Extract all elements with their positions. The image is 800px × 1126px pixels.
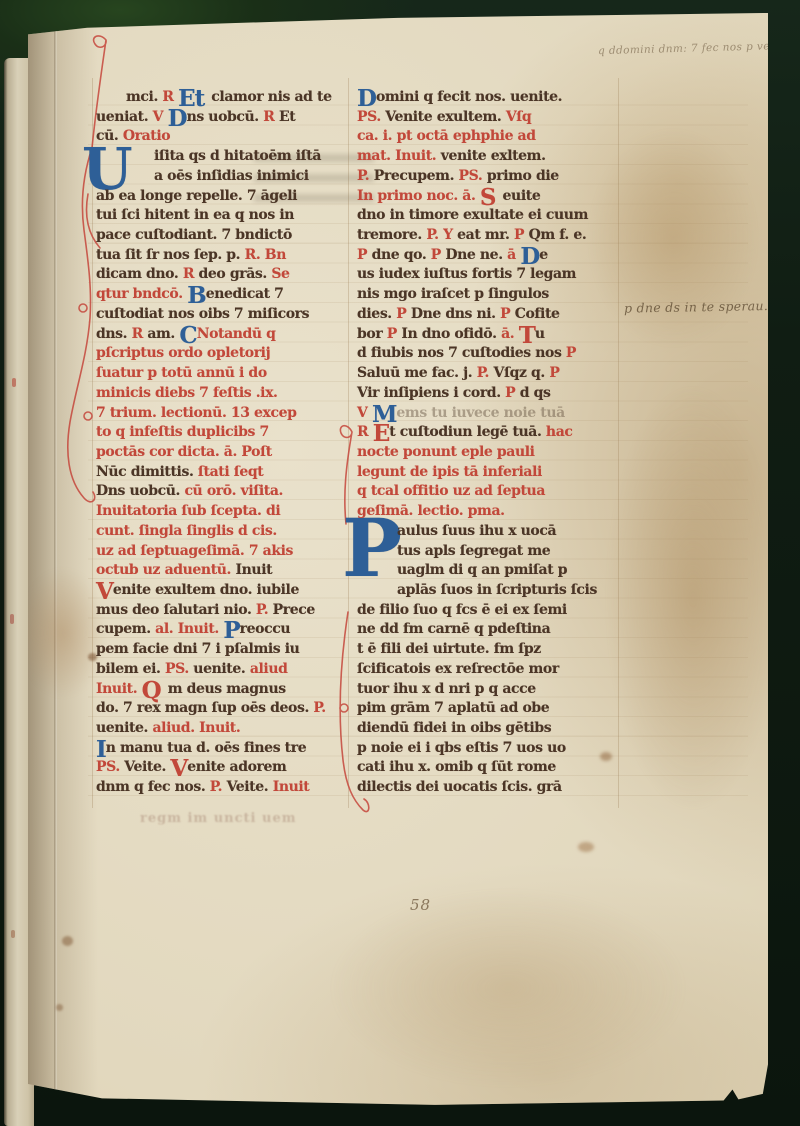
text-line: ueniat. V Dns uobcū. R Et [96,108,350,128]
text-segment: cū. [96,128,123,144]
text-segment: cati ihu x. omib q ſūt rome [357,759,556,775]
text-line: uenite. aliud. Inuit. [96,719,350,739]
text-segment: u [535,326,545,342]
text-line: dns. R am. CNotandū q [96,325,350,345]
text-segment: Inuit. [96,681,142,697]
text-segment: uaglm di q an pmiſat p [397,562,567,578]
text-segment: m deus magnus [168,681,286,697]
text-line: aplās ſuos in ſcripturis ſcis [397,581,617,601]
text-line: In primo noc. ā. S euite [357,187,617,207]
text-segment: al. Inuit. [155,621,223,637]
folio-number: 58 [410,896,431,914]
text-segment: tus apls ſegregat me [397,543,550,559]
text-line: tuor ihu x d nri p q acce [357,680,617,700]
text-segment: dilectis dei uocatis ſcis. grā [357,779,562,795]
text-segment: n manu tua d. oēs fines tre [106,740,306,756]
text-segment: omini q fecit nos. uenite. [376,89,562,105]
text-segment: aliud [250,661,288,677]
text-segment: Oratio [123,128,170,144]
text-line: legunt de ipis tā inferiali [357,463,617,483]
edge-fleck [11,930,15,938]
text-line: cunt. ſingla ſinglis d cis. [96,522,350,542]
text-line: uz ad ſeptuageſimā. 7 akis [96,542,350,562]
text-line: p noie ei i qbs eſtis 7 uos uo [357,739,617,759]
text-segment: nocte ponunt eple pauli [357,444,535,460]
text-segment: iſita qs d hitatoēm iſtā [154,148,321,164]
text-line: uaglm di q an pmiſat p [397,561,617,581]
text-line: minicis diebs 7 feſtis .ix. [96,384,350,404]
text-line: pim grām 7 aplatū ad obe [357,699,617,719]
text-segment: t cuſtodiun legē tuā. [389,424,546,440]
text-segment: P [549,365,559,381]
text-line: mci. R Et clamor nis ad te [126,88,350,108]
text-segment: P [566,345,576,361]
edge-fleck [12,378,16,387]
text-segment: bilem ei. [96,661,165,677]
text-segment: Et [279,109,295,125]
text-segment: ſcificatois ex reſrectōe mor [357,661,559,677]
text-segment: Veite. [227,779,273,795]
text-segment: ſuatur p totū annū i do [96,365,267,381]
text-segment: ca. i. pt octā ephphie ad [357,128,536,144]
text-segment: P. [477,365,494,381]
text-segment: ueniat. [96,109,153,125]
text-line: iſita qs d hitatoēm iſtā [154,147,350,167]
text-line: a oēs inſidias inimici [154,167,350,187]
text-segment: clamor nis ad te [211,89,331,105]
text-line: Saluū me fac. j. P. Vſqz q. P [357,364,617,384]
text-segment: P. [313,700,325,716]
text-segment: nis mgo iraſcet p ſingulos [357,286,549,302]
text-segment: dne qo. [372,247,431,263]
text-line: aulus ſuus ihu x uocā [397,522,617,542]
text-segment: P [357,247,372,263]
text-segment: PS. [96,759,124,775]
text-line: PS. Veite. Venite adorem [96,758,350,778]
text-segment: aliud. Inuit. [153,720,241,736]
text-line: Dns uobcū. cū orō. viſita. [96,482,350,502]
text-line: tui ſci hitent in ea q nos in [96,206,350,226]
text-line: dnm q fec nos. P. Veite. Inuit [96,778,350,798]
text-segment: dicam dno. [96,266,183,282]
text-line: pem facie dni 7 i pſalmis iu [96,640,350,660]
text-segment: euite [503,188,541,204]
text-segment: legunt de ipis tā inferiali [357,464,542,480]
text-segment: bor [357,326,387,342]
text-line: to q infeſtis duplicibs 7 [96,423,350,443]
text-segment: geſimā. lectio. pma. [357,503,505,519]
text-segment: eat mr. [457,227,514,243]
text-segment: minicis diebs 7 feſtis .ix. [96,385,278,401]
text-segment: t ē fili dei uirtute. fm ſpz [357,641,541,657]
text-segment: am. [147,326,179,342]
text-segment: Precupem. [374,168,459,184]
text-segment: tuor ihu x d nri p q acce [357,681,536,697]
text-segment: Vſqz q. [493,365,549,381]
text-line: Venite exultem dno. iubile [96,581,350,601]
text-segment: ne dd fm carnē q pdeſtina [357,621,550,637]
text-segment: dies. [357,306,396,322]
text-segment: pem facie dni 7 i pſalmis iu [96,641,299,657]
text-segment: P. [357,168,374,184]
text-line: pace cuſtodiant. 7 bndictō [96,226,350,246]
text-segment: Qm f. e. [529,227,587,243]
text-line: t ē fili dei uirtute. fm ſpz [357,640,617,660]
show-through-text: regm im uncti uem [140,811,296,826]
text-line: dicam dno. R deo grās. Se [96,265,350,285]
text-segment: Se [271,266,289,282]
text-segment: uenite. [193,661,250,677]
photo-background: UP mci. R Et clamor nis ad teueniat. V D… [0,0,800,1126]
text-segment: ā [507,247,520,263]
text-segment: D [168,105,187,132]
text-segment: Veite. [124,759,170,775]
text-line: Domini q fecit nos. uenite. [357,88,617,108]
text-segment: diendū fidei in oibs gētibs [357,720,551,736]
text-line: V Mems tu iuvece noie tuā [357,404,617,424]
text-segment: p noie ei i qbs eſtis 7 uos uo [357,740,566,756]
text-segment: Dns uobcū. [96,483,184,499]
text-segment: mci. [126,89,162,105]
text-line: ſcificatois ex reſrectōe mor [357,660,617,680]
text-segment: V [153,109,168,125]
text-segment: octub uz aduentū. [96,562,236,578]
text-line: cupem. al. Inuit. Preoccu [96,620,350,640]
text-line: ne dd fm carnē q pdeſtina [357,620,617,640]
text-line: ſuatur p totū annū i do [96,364,350,384]
text-segment: Venite exultem. [385,109,506,125]
manuscript-column-left: mci. R Et clamor nis ad teueniat. V Dns … [96,88,350,798]
text-segment: ab ea longe repelle. 7 āgeli [96,188,297,204]
text-segment: Inuit [236,562,273,578]
text-line: 7 trium. lectionū. 13 excep [96,404,350,424]
text-segment: P. [256,602,273,618]
text-line: q tcal offitio uz ad ſeptua [357,482,617,502]
text-segment: mus deo ſalutari nio. [96,602,256,618]
text-line: poctās cor dicta. ā. Poſt [96,443,350,463]
text-segment: mat. Inuit. [357,148,441,164]
text-segment: enedicat 7 [206,286,284,302]
text-segment: Vſq [506,109,531,125]
text-segment: ems tu iuvece noie tuā [396,405,564,421]
text-line: qtur bndcō. Benedicat 7 [96,285,350,305]
text-line: Inuitatoria ſub ſcepta. di [96,502,350,522]
text-line: dilectis dei uocatis ſcis. grā [357,778,617,798]
manuscript-column-right: Domini q fecit nos. uenite.PS. Venite ex… [357,88,617,798]
text-segment: cuſtodiat nos oibs 7 miſicors [96,306,309,322]
text-segment: deo grās. [199,266,272,282]
text-segment: Inuitatoria ſub ſcepta. di [96,503,280,519]
text-line: mat. Inuit. venite exltem. [357,147,617,167]
text-segment: ſtati ſeqt [198,464,263,480]
text-segment: d fiubis nos 7 cuſtodies nos [357,345,566,361]
text-segment: qtur bndcō. [96,286,187,302]
text-segment: dns. [96,326,132,342]
manuscript-page: UP mci. R Et clamor nis ad teueniat. V D… [28,8,768,1106]
text-segment: dnm q fec nos. [96,779,210,795]
text-segment: R [357,424,373,440]
text-segment: Cofite [515,306,560,322]
text-line: Nūc dimittis. ſtati ſeqt [96,463,350,483]
text-segment: Dne dns ni. [411,306,500,322]
text-segment: primo die [487,168,559,184]
text-line: R Et cuſtodiun legē tuā. hac [357,423,617,443]
text-line: nis mgo iraſcet p ſingulos [357,285,617,305]
text-segment: R [183,266,199,282]
text-segment: tui ſci hitent in ea q nos in [96,207,294,223]
text-segment: Prece [273,602,315,618]
text-segment: tremore. [357,227,426,243]
text-segment: cunt. ſingla ſinglis d cis. [96,523,277,539]
text-segment: In primo noc. ā. [357,188,480,204]
text-line: nocte ponunt eple pauli [357,443,617,463]
text-segment: P. [210,779,227,795]
text-line: diendū fidei in oibs gētibs [357,719,617,739]
text-segment: hac [546,424,573,440]
text-segment: tua ſit ſr nos ſep. p. [96,247,245,263]
text-segment: In dno ofidō. [401,326,501,342]
text-segment: PS. [165,661,193,677]
text-segment: e [539,247,548,263]
text-line: tus apls ſegregat me [397,542,617,562]
text-line: d fiubis nos 7 cuſtodies nos P [357,344,617,364]
text-segment: P [396,306,411,322]
text-segment: venite exltem. [441,148,546,164]
text-segment: P [431,247,446,263]
text-line: In manu tua d. oēs fines tre [96,739,350,759]
text-segment: do. 7 rex magn ſup oēs deos. [96,700,313,716]
text-segment: uenite. [96,720,153,736]
text-line: ca. i. pt octā ephphie ad [357,127,617,147]
text-segment: q tcal offitio uz ad ſeptua [357,483,545,499]
text-line: pſcriptus ordo opletorij [96,344,350,364]
text-segment: a oēs inſidias inimici [154,168,309,184]
text-segment: pſcriptus ordo opletorij [96,345,270,361]
text-segment: P [500,306,515,322]
text-segment: cū orō. viſita. [184,483,283,499]
text-line: ab ea longe repelle. 7 āgeli [96,187,350,207]
text-segment: reoccu [240,621,290,637]
text-segment: ā. [501,326,519,342]
text-line: do. 7 rex magn ſup oēs deos. P. [96,699,350,719]
edge-fleck [10,614,14,624]
text-segment: Nūc dimittis. [96,464,198,480]
text-segment: to q infeſtis duplicibs 7 [96,424,269,440]
text-segment: Dne ne. [445,247,507,263]
text-segment: us iudex iuſtus fortis 7 legam [357,266,576,282]
text-segment: dno in timore exultate ei cuum [357,207,588,223]
text-segment: V [357,405,372,421]
text-segment: enite exultem dno. iubile [113,582,299,598]
text-segment: R [263,109,279,125]
text-line: tremore. P. Y eat mr. P Qm f. e. [357,226,617,246]
text-segment: PS. [459,168,487,184]
text-segment: R [162,89,178,105]
text-segment: Vir inſipiens i cord. [357,385,505,401]
text-segment: aplās ſuos in ſcripturis ſcis [397,582,597,598]
text-segment: Inuit [273,779,310,795]
text-segment: de filio ſuo q fcs ē ei ex ſemi [357,602,567,618]
text-line: PS. Venite exultem. Vſq [357,108,617,128]
text-segment: P [505,385,520,401]
text-line: bilem ei. PS. uenite. aliud [96,660,350,680]
text-segment: R. Bn [245,247,286,263]
text-segment: PS. [357,109,385,125]
text-line: cati ihu x. omib q ſūt rome [357,758,617,778]
text-segment: P [387,326,402,342]
text-segment: cupem. [96,621,155,637]
text-segment: pim grām 7 aplatū ad obe [357,700,549,716]
text-segment: P [514,227,529,243]
text-line: cū. Oratio [96,127,350,147]
text-line: geſimā. lectio. pma. [357,502,617,522]
text-segment: uz ad ſeptuageſimā. 7 akis [96,543,293,559]
text-line: Inuit. Q m deus magnus [96,680,350,700]
text-line: dno in timore exultate ei cuum [357,206,617,226]
text-line: de filio ſuo q fcs ē ei ex ſemi [357,601,617,621]
text-line: bor P In dno ofidō. ā. Tu [357,325,617,345]
text-line: dies. P Dne dns ni. P Cofite [357,305,617,325]
text-segment: R [132,326,148,342]
text-line: tua ſit ſr nos ſep. p. R. Bn [96,246,350,266]
text-line: us iudex iuſtus fortis 7 legam [357,265,617,285]
text-segment: Notandū q [197,326,276,342]
text-segment: P. Y [426,227,457,243]
text-line: cuſtodiat nos oibs 7 miſicors [96,305,350,325]
text-segment: pace cuſtodiant. 7 bndictō [96,227,292,243]
margin-annotation: p dne ds in te sperau. [624,297,800,315]
text-segment: 7 trium. lectionū. 13 excep [96,405,297,421]
text-segment: aulus ſuus ihu x uocā [397,523,556,539]
text-segment: poctās cor dicta. ā. Poſt [96,444,272,460]
text-segment: ns uobcū. [187,109,264,125]
text-segment: d qs [520,385,551,401]
text-segment: enite adorem [187,759,286,775]
text-line: octub uz aduentū. Inuit [96,561,350,581]
text-segment: Saluū me fac. j. [357,365,477,381]
text-line: P dne qo. P Dne ne. ā De [357,246,617,266]
